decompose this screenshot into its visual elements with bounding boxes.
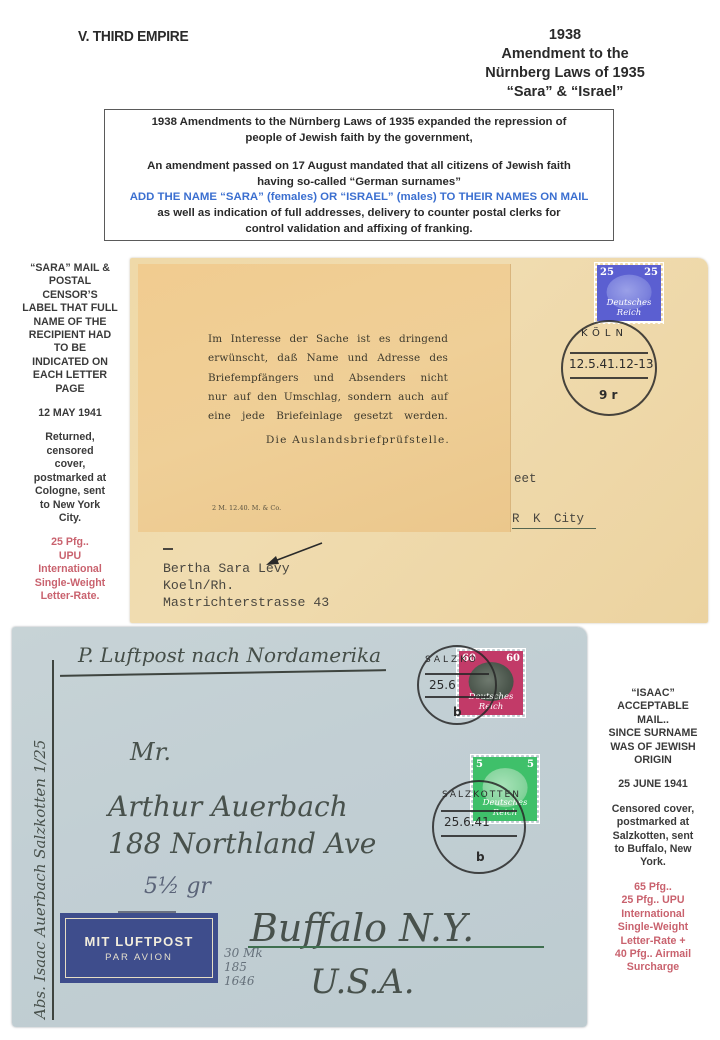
- postmark-salzkotten-1: SALZKO 25.6 b: [417, 645, 497, 725]
- postmark-date: 25.6: [429, 678, 456, 692]
- sender-rule: [52, 660, 54, 1020]
- recipient-name: Arthur Auerbach: [108, 790, 348, 823]
- reference-numbers: 30 Mk1851646: [224, 946, 263, 988]
- salutation: Mr.: [130, 738, 171, 766]
- city-underline: [248, 946, 544, 948]
- recipient-street: 188 Northland Ave: [108, 827, 376, 860]
- airmail-route-note: P. Luftpost nach Nordamerika: [78, 643, 381, 667]
- stamp-value: 5: [476, 759, 483, 770]
- text-line: 30 Mk: [224, 946, 263, 960]
- postage-note: 5½ gr: [144, 874, 211, 899]
- stamp-value: 60: [506, 653, 520, 664]
- airmail-label-line2: PAR AVION: [105, 952, 173, 963]
- postmark-code: b: [476, 850, 485, 864]
- recipient-city: Buffalo N.Y.: [250, 906, 474, 950]
- airmail-etiquette: MIT LUFTPOST PAR AVION: [60, 913, 218, 983]
- postmark-salzkotten-2: SALZKOTTEN 25.6.41 b: [432, 780, 526, 874]
- text-line: 185: [224, 960, 263, 974]
- postmark-date: 25.6.41: [444, 815, 490, 829]
- stamp-value: 5: [527, 759, 534, 770]
- postmark-town: SALZKO: [425, 655, 479, 665]
- airmail-label-line1: MIT LUFTPOST: [85, 934, 194, 949]
- sender-address: Abs. Isaac Auerbach Salzkotten 1/25: [31, 639, 49, 1019]
- postmark-town: SALZKOTTEN: [442, 790, 521, 800]
- text-line: 1646: [224, 974, 263, 988]
- postmark-code: b: [453, 705, 462, 719]
- recipient-country: U.S.A.: [310, 962, 415, 1002]
